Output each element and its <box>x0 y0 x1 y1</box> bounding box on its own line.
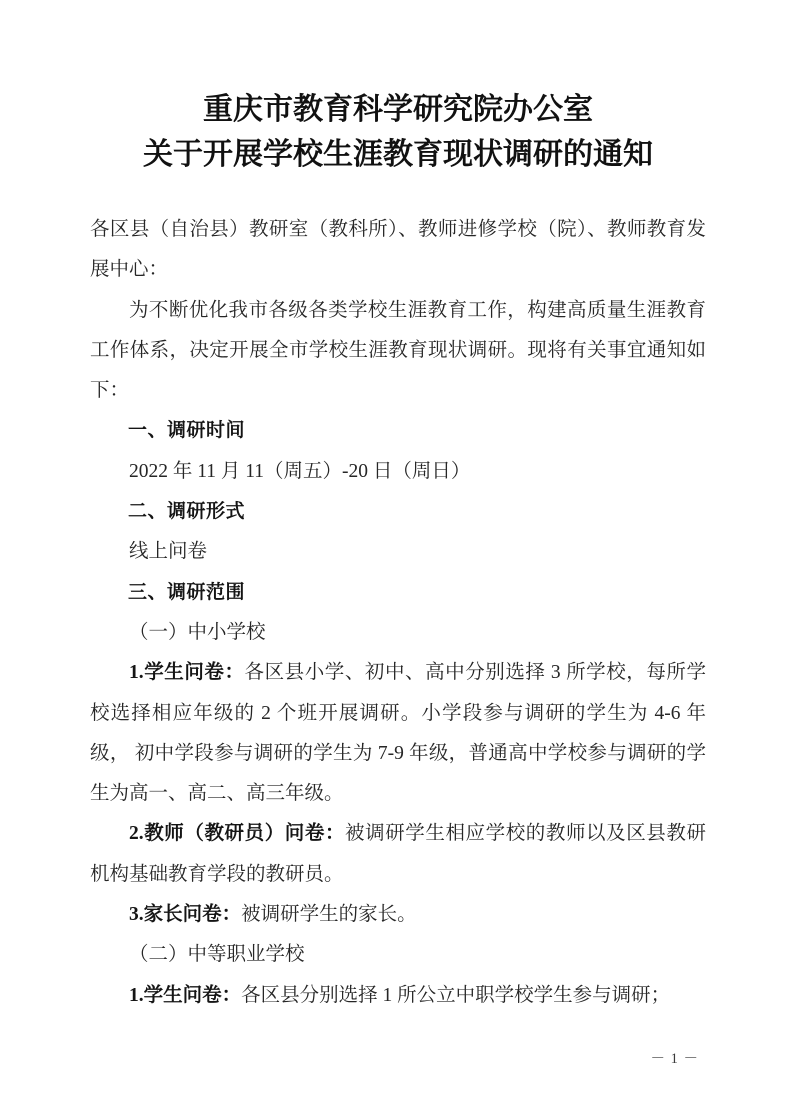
item-lead: 2.教师（教研员）问卷： <box>129 823 345 844</box>
item-lead: 1.学生问卷： <box>129 985 241 1006</box>
section-heading-survey-format: 二、调研形式 <box>90 492 706 532</box>
section-body-survey-date: 2022 年 11 月 11（周五）-20 日（周日） <box>90 452 706 492</box>
section-heading-survey-scope: 三、调研范围 <box>90 573 706 613</box>
subsection-heading-vocational: （二）中等职业学校 <box>90 935 706 975</box>
item-text: 各区县分别选择 1 所公立中职学校学生参与调研； <box>241 985 670 1006</box>
document-title: 重庆市教育科学研究院办公室 关于开展学校生涯教育现状调研的通知 <box>90 87 706 177</box>
document-page: 重庆市教育科学研究院办公室 关于开展学校生涯教育现状调研的通知 各区县（自治县）… <box>0 0 794 1108</box>
title-line-2: 关于开展学校生涯教育现状调研的通知 <box>90 132 706 177</box>
section-heading-survey-time: 一、调研时间 <box>90 411 706 451</box>
page-number: － 1 － <box>651 1052 700 1067</box>
document-content: 重庆市教育科学研究院办公室 关于开展学校生涯教育现状调研的通知 各区县（自治县）… <box>90 0 706 1016</box>
item-text: 各区县小学、初中、高中分别选择 3 所学校，每所学校选择相应年级的 2 个班开展… <box>90 662 706 804</box>
item-student-questionnaire-k12: 1.学生问卷：各区县小学、初中、高中分别选择 3 所学校，每所学校选择相应年级的… <box>90 653 706 814</box>
item-student-questionnaire-vocational: 1.学生问卷：各区县分别选择 1 所公立中职学校学生参与调研； <box>90 976 706 1016</box>
item-teacher-questionnaire: 2.教师（教研员）问卷：被调研学生相应学校的教师以及区县教研机构基础教育学段的教… <box>90 814 706 895</box>
document-body: 各区县（自治县）教研室（教科所）、教师进修学校（院）、教师教育发展中心： 为不断… <box>90 210 706 1016</box>
item-lead: 3.家长问卷： <box>129 904 241 925</box>
salutation: 各区县（自治县）教研室（教科所）、教师进修学校（院）、教师教育发展中心： <box>90 210 706 291</box>
title-line-1: 重庆市教育科学研究院办公室 <box>90 87 706 132</box>
subsection-heading-primary-secondary: （一）中小学校 <box>90 613 706 653</box>
item-text: 被调研学生的家长。 <box>241 904 417 925</box>
section-body-survey-format: 线上问卷 <box>90 532 706 572</box>
item-lead: 1.学生问卷： <box>129 662 245 683</box>
item-parent-questionnaire: 3.家长问卷：被调研学生的家长。 <box>90 895 706 935</box>
intro-paragraph: 为不断优化我市各级各类学校生涯教育工作，构建高质量生涯教育工作体系，决定开展全市… <box>90 291 706 412</box>
